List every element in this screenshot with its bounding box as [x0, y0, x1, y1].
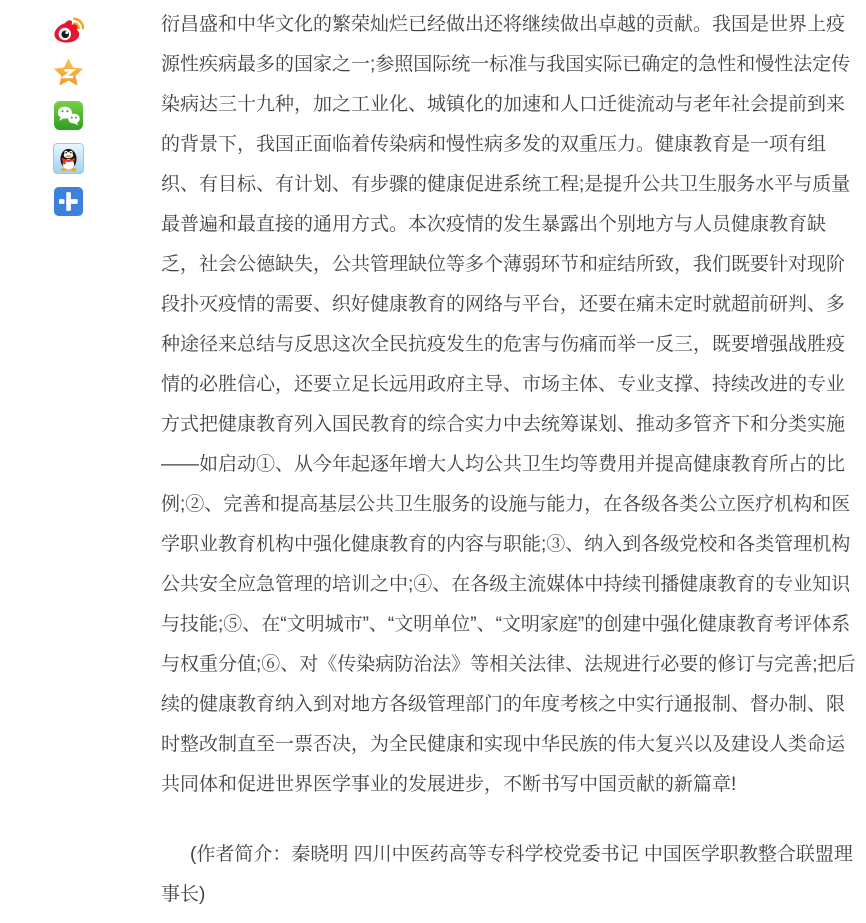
share-toolbar — [53, 14, 84, 217]
author-note: (作者简介：秦晓明 四川中医药高等专科学校党委书记 中国医学职教整合联盟理事长) — [161, 835, 862, 915]
weibo-icon — [53, 14, 84, 45]
qq-penguin-icon — [53, 143, 84, 174]
article-body: 衍昌盛和中华文化的繁荣灿烂已经做出还将继续做出卓越的贡献。我国是世界上疫源性疾病… — [161, 5, 862, 915]
wechat-icon — [53, 100, 84, 131]
share-button-more[interactable] — [53, 186, 84, 217]
share-button-weibo[interactable] — [53, 14, 84, 45]
share-button-qzone[interactable] — [53, 57, 84, 88]
share-button-qq[interactable] — [53, 143, 84, 174]
article-paragraph: 衍昌盛和中华文化的繁荣灿烂已经做出还将继续做出卓越的贡献。我国是世界上疫源性疾病… — [161, 5, 862, 805]
share-more-plus-icon — [53, 186, 84, 217]
share-button-wechat[interactable] — [53, 100, 84, 131]
qzone-star-icon — [53, 57, 84, 88]
